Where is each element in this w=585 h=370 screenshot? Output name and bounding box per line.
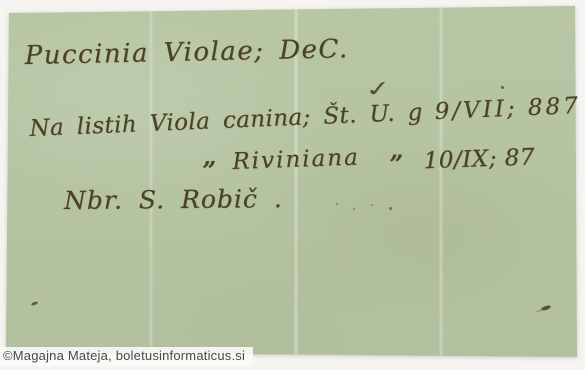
ditto-mark: „: [389, 135, 404, 164]
ink-dot: [389, 207, 392, 210]
ink-dot: [336, 203, 338, 205]
ink-dot: [353, 208, 355, 210]
collector-signature: Nbr. S. Robič .: [64, 184, 283, 215]
caron-stroke: ✓: [364, 76, 393, 102]
scanned-label-photo: Puccinia Violae; DeC. ✓ Na listih Viola …: [0, 0, 585, 370]
ditto-mark: „: [202, 142, 217, 171]
ink-dot: [371, 204, 373, 206]
ink-speck: [501, 86, 504, 89]
collection-date-second: 10/IX; 87: [423, 144, 535, 174]
paper-crease: [440, 0, 442, 370]
copyright-watermark: ©Magajna Mateja, boletusinformaticus.si: [0, 347, 253, 366]
second-species-text: Riviniana: [232, 145, 360, 175]
